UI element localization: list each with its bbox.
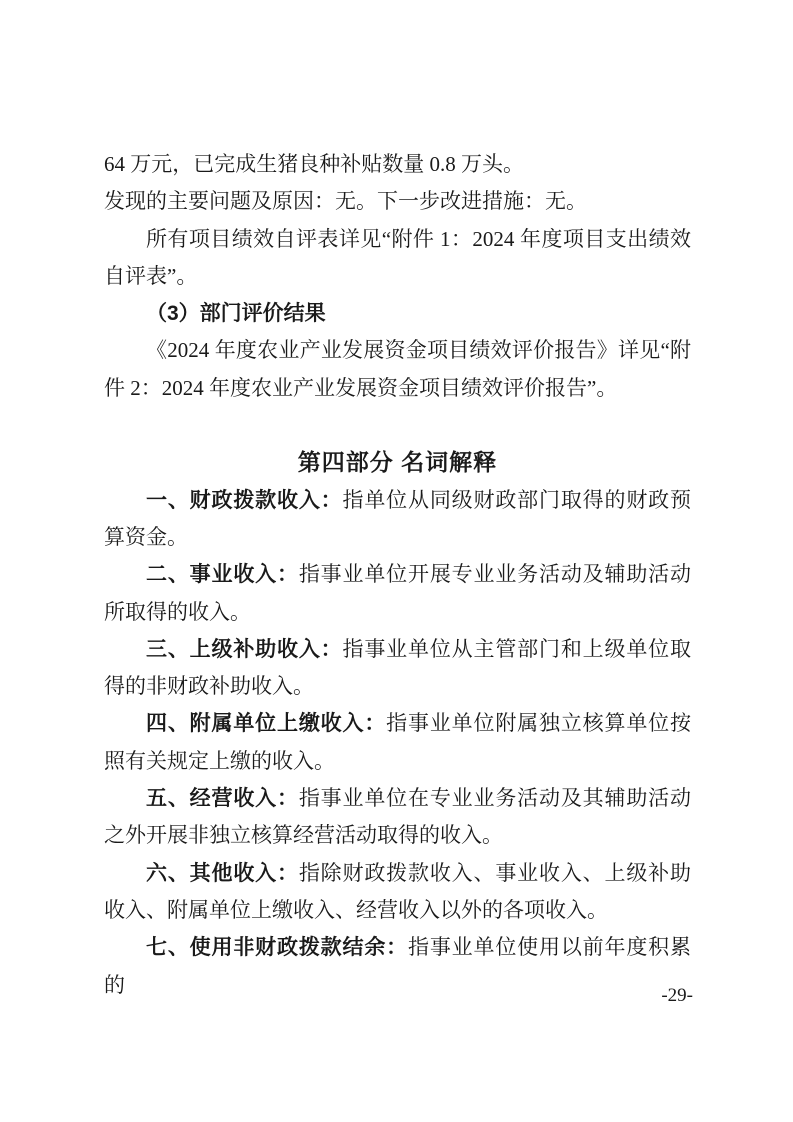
term-lead-6: 六、其他收入：: [146, 862, 299, 885]
term-item-6: 六、其他收入：指除财政拨款收入、事业收入、上级补助收入、附属单位上缴收入、经营收…: [104, 855, 691, 930]
blank-line: [104, 407, 691, 444]
section-title: 第四部分 名词解释: [104, 444, 691, 481]
term-item-3: 三、上级补助收入：指事业单位从主管部门和上级单位取得的非财政补助收入。: [104, 631, 691, 706]
term-lead-3: 三、上级补助收入：: [146, 638, 343, 661]
paragraph-self-eval-table: 所有项目绩效自评表详见“附件 1：2024 年度项目支出绩效自评表”。: [104, 221, 691, 296]
paragraph-continuation: 64 万元，已完成生猪良种补贴数量 0.8 万头。: [104, 146, 691, 183]
term-item-7: 七、使用非财政拨款结余：指事业单位使用以前年度积累的: [104, 929, 691, 1004]
term-item-4: 四、附属单位上缴收入：指事业单位附属独立核算单位按照有关规定上缴的收入。: [104, 705, 691, 780]
paragraph-problems: 发现的主要问题及原因：无。下一步改进措施：无。: [104, 183, 691, 220]
term-item-5: 五、经营收入：指事业单位在专业业务活动及其辅助活动之外开展非独立核算经营活动取得…: [104, 780, 691, 855]
term-lead-2: 二、事业收入：: [146, 563, 299, 586]
term-lead-4: 四、附属单位上缴收入：: [146, 712, 386, 735]
paragraph-dept-report: 《2024 年度农业产业发展资金项目绩效评价报告》详见“附件 2：2024 年度…: [104, 332, 691, 407]
term-lead-7: 七、使用非财政拨款结余：: [146, 936, 408, 959]
heading-dept-eval-result: （3）部门评价结果: [104, 295, 691, 332]
document-body: 64 万元，已完成生猪良种补贴数量 0.8 万头。 发现的主要问题及原因：无。下…: [104, 146, 691, 1004]
term-lead-1: 一、财政拨款收入：: [146, 489, 343, 512]
term-item-2: 二、事业收入：指事业单位开展专业业务活动及辅助活动所取得的收入。: [104, 556, 691, 631]
term-item-1: 一、财政拨款收入：指单位从同级财政部门取得的财政预算资金。: [104, 482, 691, 557]
page-number: -29-: [661, 984, 693, 1008]
term-lead-5: 五、经营收入：: [146, 787, 299, 810]
